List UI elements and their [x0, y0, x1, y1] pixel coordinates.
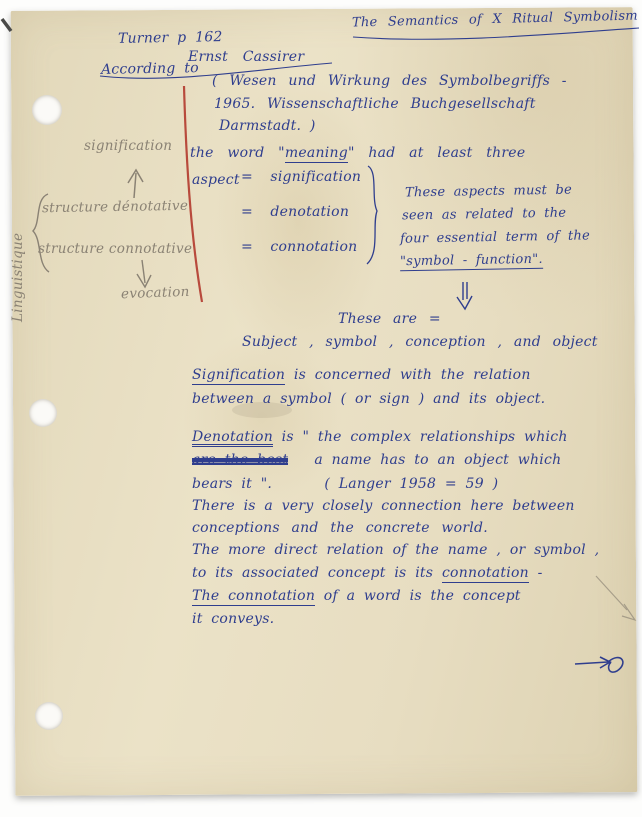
denotation-underlined: Denotation: [192, 429, 273, 447]
bears-it: bears it ".: [192, 476, 272, 492]
aspect-label: aspect: [192, 172, 240, 188]
meaning-underlined: meaning: [285, 145, 348, 163]
citation-line: Darmstadt. ): [219, 118, 316, 134]
diagram-term-connotative: structure connotative: [38, 241, 192, 257]
lead-post: " had at least three: [348, 145, 525, 161]
margin-vertical-label: Linguistique: [10, 233, 26, 322]
denotation-line1: Denotation is " the complex relationship…: [192, 429, 568, 445]
side-note-term: "symbol - function".: [400, 252, 543, 269]
these-are-line: These are =: [338, 311, 441, 327]
signification-rest: is concerned with the relation: [285, 367, 530, 383]
side-note-line: These aspects must be: [405, 183, 572, 201]
denotation-line3: bears it ". ( Langer 1958 = 59 ): [192, 476, 498, 492]
punch-hole-middle: [29, 399, 57, 427]
side-note-line: seen as related to the: [402, 206, 567, 224]
the-connotation-underlined: The connotation: [192, 588, 315, 606]
connotation-underlined: connotation: [442, 565, 529, 583]
connotation-line1: The more direct relation of the name , o…: [192, 542, 599, 558]
conclusion-line1: The connotation of a word is the concept: [192, 588, 521, 604]
author-name: Ernst Cassirer: [188, 49, 304, 65]
aspect-row-signification: = signification: [241, 169, 361, 185]
connection-line1: There is a very closely connection here …: [192, 498, 575, 514]
paper-edge-mark: [2, 19, 11, 31]
denotation-rest: is " the complex relationships which: [273, 429, 568, 445]
four-terms-line: Subject , symbol , conception , and obje…: [242, 334, 598, 350]
according-to-label: According to: [101, 60, 199, 78]
punch-hole-top: [32, 95, 62, 125]
aspect-signification: signification: [270, 169, 361, 185]
aspect-connotation: connotation: [270, 239, 357, 255]
signification-line2: between a symbol ( or sign ) and its obj…: [192, 391, 545, 407]
signification-underlined: Signification: [192, 367, 285, 385]
conclusion-rest: of a word is the concept: [315, 588, 521, 604]
aspect-row-denotation: = denotation: [241, 204, 349, 220]
aspect-row-connotation: = connotation: [241, 239, 357, 255]
diagram-term-denotative: structure dénotative: [42, 198, 188, 217]
lead-line: the word "meaning" had at least three: [190, 145, 525, 161]
denotation-line2: are the best a name has to an object whi…: [192, 452, 561, 468]
punch-hole-bottom: [35, 702, 63, 730]
source-reference: Turner p 162: [118, 29, 223, 47]
connotation-dash: -: [529, 565, 543, 581]
citation-line: ( Wesen und Wirkung des Symbolbegriffs -: [212, 73, 567, 89]
equals-sign: =: [241, 239, 253, 255]
conclusion-line2: it conveys.: [192, 611, 274, 627]
lead-pre: the word ": [190, 145, 285, 161]
aspect-denotation: denotation: [270, 204, 349, 220]
diagram-term-evocation: evocation: [121, 284, 190, 302]
scanned-notes-page: The Semantics of X Ritual Symbolism Turn…: [0, 0, 642, 817]
equals-sign: =: [241, 169, 253, 185]
connection-line2: conceptions and the concrete world.: [192, 520, 488, 536]
symbol-function-underlined: "symbol - function".: [400, 252, 543, 271]
equals-sign: =: [241, 204, 253, 220]
connotation-line2-pre: to its associated concept is its: [192, 565, 442, 581]
citation-line: 1965. Wissenschaftliche Buchgesellschaft: [214, 96, 536, 112]
diagram-term-signification: signification: [84, 138, 172, 154]
signification-line1: Signification is concerned with the rela…: [192, 367, 531, 383]
struck-out-text: are the best: [192, 452, 288, 468]
connotation-line2: to its associated concept is its connota…: [192, 565, 543, 581]
langer-citation: ( Langer 1958 = 59 ): [324, 476, 498, 492]
denotation-line2-text: a name has to an object which: [314, 452, 561, 468]
